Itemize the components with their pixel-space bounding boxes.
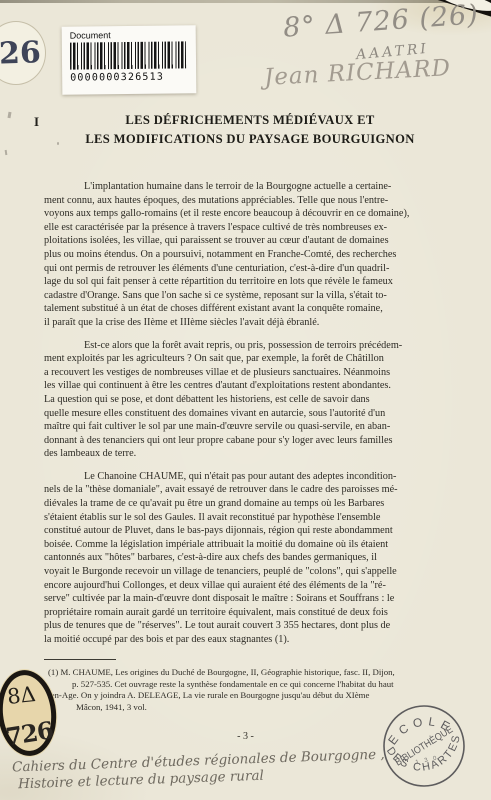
barcode-label: Document 0000000326513 <box>62 25 197 94</box>
article-title-line1: LES DÉFRICHEMENTS MÉDIÉVAUX ET <box>40 111 460 130</box>
text-line: cadastre d'Orange. Sans que l'on sache s… <box>44 289 462 303</box>
text-line: nels de la "thèse domaniale", avait essa… <box>44 483 462 497</box>
text-line: encore aujourd'hui Collonges, et deux vi… <box>44 579 462 593</box>
barcode-title: Document <box>70 29 188 40</box>
pencil-mark <box>8 112 12 118</box>
text-line: diévales la trame de ce qu'avait pu être… <box>44 497 462 511</box>
handwritten-author-name: Jean RICHARD <box>263 55 451 91</box>
text-line: qui ont permis de retrouver les éléments… <box>44 262 462 276</box>
text-line: p. 527-535. Cet ouvrage reste la synthès… <box>30 679 475 691</box>
text-line: La question qui se pose, et dont débatte… <box>44 393 462 407</box>
body-text: L'implantation humaine dans le terroir d… <box>44 180 462 656</box>
text-line: ment connu, aux hautes époques, des muta… <box>44 194 462 208</box>
paragraph-2: Est-ce alors que la forêt avait repris, … <box>44 339 462 461</box>
text-line: s'étaient établis sur le sol des Gaules.… <box>44 511 462 525</box>
text-line: boisée. Comme la législation impériale a… <box>44 538 462 552</box>
text-line: la moitié occupé par des bois et par des… <box>44 633 462 647</box>
text-line: serve" cultivée par la main-d'œuvre dont… <box>44 592 462 606</box>
text-line: talement substitué à un état de choses d… <box>44 302 462 316</box>
text-line: quelle mesure elles constituent des doma… <box>44 407 462 421</box>
text-line: des lambeaux de terre. <box>44 447 462 461</box>
text-line: voyait le Burgonde recevoir un village d… <box>44 565 462 579</box>
text-line: elle est caractérisée par la présence à … <box>44 221 462 235</box>
text-line: il paraît que la crise des IIème et IIIè… <box>44 316 462 330</box>
text-line: ment exploités par les agriculteurs ? On… <box>44 352 462 366</box>
text-line: L'implantation humaine dans le terroir d… <box>44 180 462 194</box>
text-line: les villae qui continuent à être les cen… <box>44 379 462 393</box>
text-line: plus de tenures que de "réserves". Le to… <box>44 619 462 633</box>
footnote-separator <box>44 659 116 660</box>
text-line: lage du sol qui fait penser à cette répa… <box>44 275 462 289</box>
barcode-number: 0000000326513 <box>70 71 188 83</box>
text-line: donnant à des tenanciers qui ont leur pr… <box>44 434 462 448</box>
handwritten-shelfmark: 8° Δ 726 (26) <box>282 0 480 44</box>
text-line: maître qui fait cultiver le sol par une … <box>44 420 462 434</box>
article-title-line2: LES MODIFICATIONS DU PAYSAGE BOURGUIGNON <box>40 130 460 149</box>
collection-number-stamp: 26 <box>0 21 46 85</box>
shelfmark-sticker-number: 726 <box>3 715 55 751</box>
paragraph-1: L'implantation humaine dans le terroir d… <box>44 180 462 330</box>
chapter-numeral: I <box>34 114 39 130</box>
library-round-stamp: ECOLE BIBLIOTHÈQUE 1 3 0 DES CHARTES <box>365 687 484 800</box>
text-line: Le Chanoine CHAUME, qui n'était pas pour… <box>44 470 462 484</box>
text-line: propriétaire romain aurait gardé un terr… <box>44 606 462 620</box>
text-line: cantonnés aux "hôtes" barbares, c'est-à-… <box>44 551 462 565</box>
text-line: ploitations isolées, les villae, qui par… <box>44 234 462 248</box>
text-line: plus ou moins étendus. On a poursuivi, n… <box>44 248 462 262</box>
barcode-icon <box>70 41 186 69</box>
text-line: Est-ce alors que la forêt avait repris, … <box>44 339 462 353</box>
shelfmark-sticker-sigil: 8Δ <box>6 682 37 709</box>
collection-number: 26 <box>0 35 41 72</box>
paragraph-3: Le Chanoine CHAUME, qui n'était pas pour… <box>44 470 462 647</box>
scanned-document-page: 26 Document 0000000326513 8° Δ 726 (26) … <box>0 0 491 800</box>
pencil-mark <box>5 150 8 155</box>
article-title: LES DÉFRICHEMENTS MÉDIÉVAUX ET LES MODIF… <box>40 111 460 148</box>
text-line: voyons aux temps gallo-romains (et il re… <box>44 207 462 221</box>
text-line: constitué autour de Pluvet, dans le bas-… <box>44 524 462 538</box>
text-line: (1) M. CHAUME, Les origines du Duché de … <box>30 667 475 679</box>
text-line: a recouvert les vestiges de nombreuses v… <box>44 366 462 380</box>
